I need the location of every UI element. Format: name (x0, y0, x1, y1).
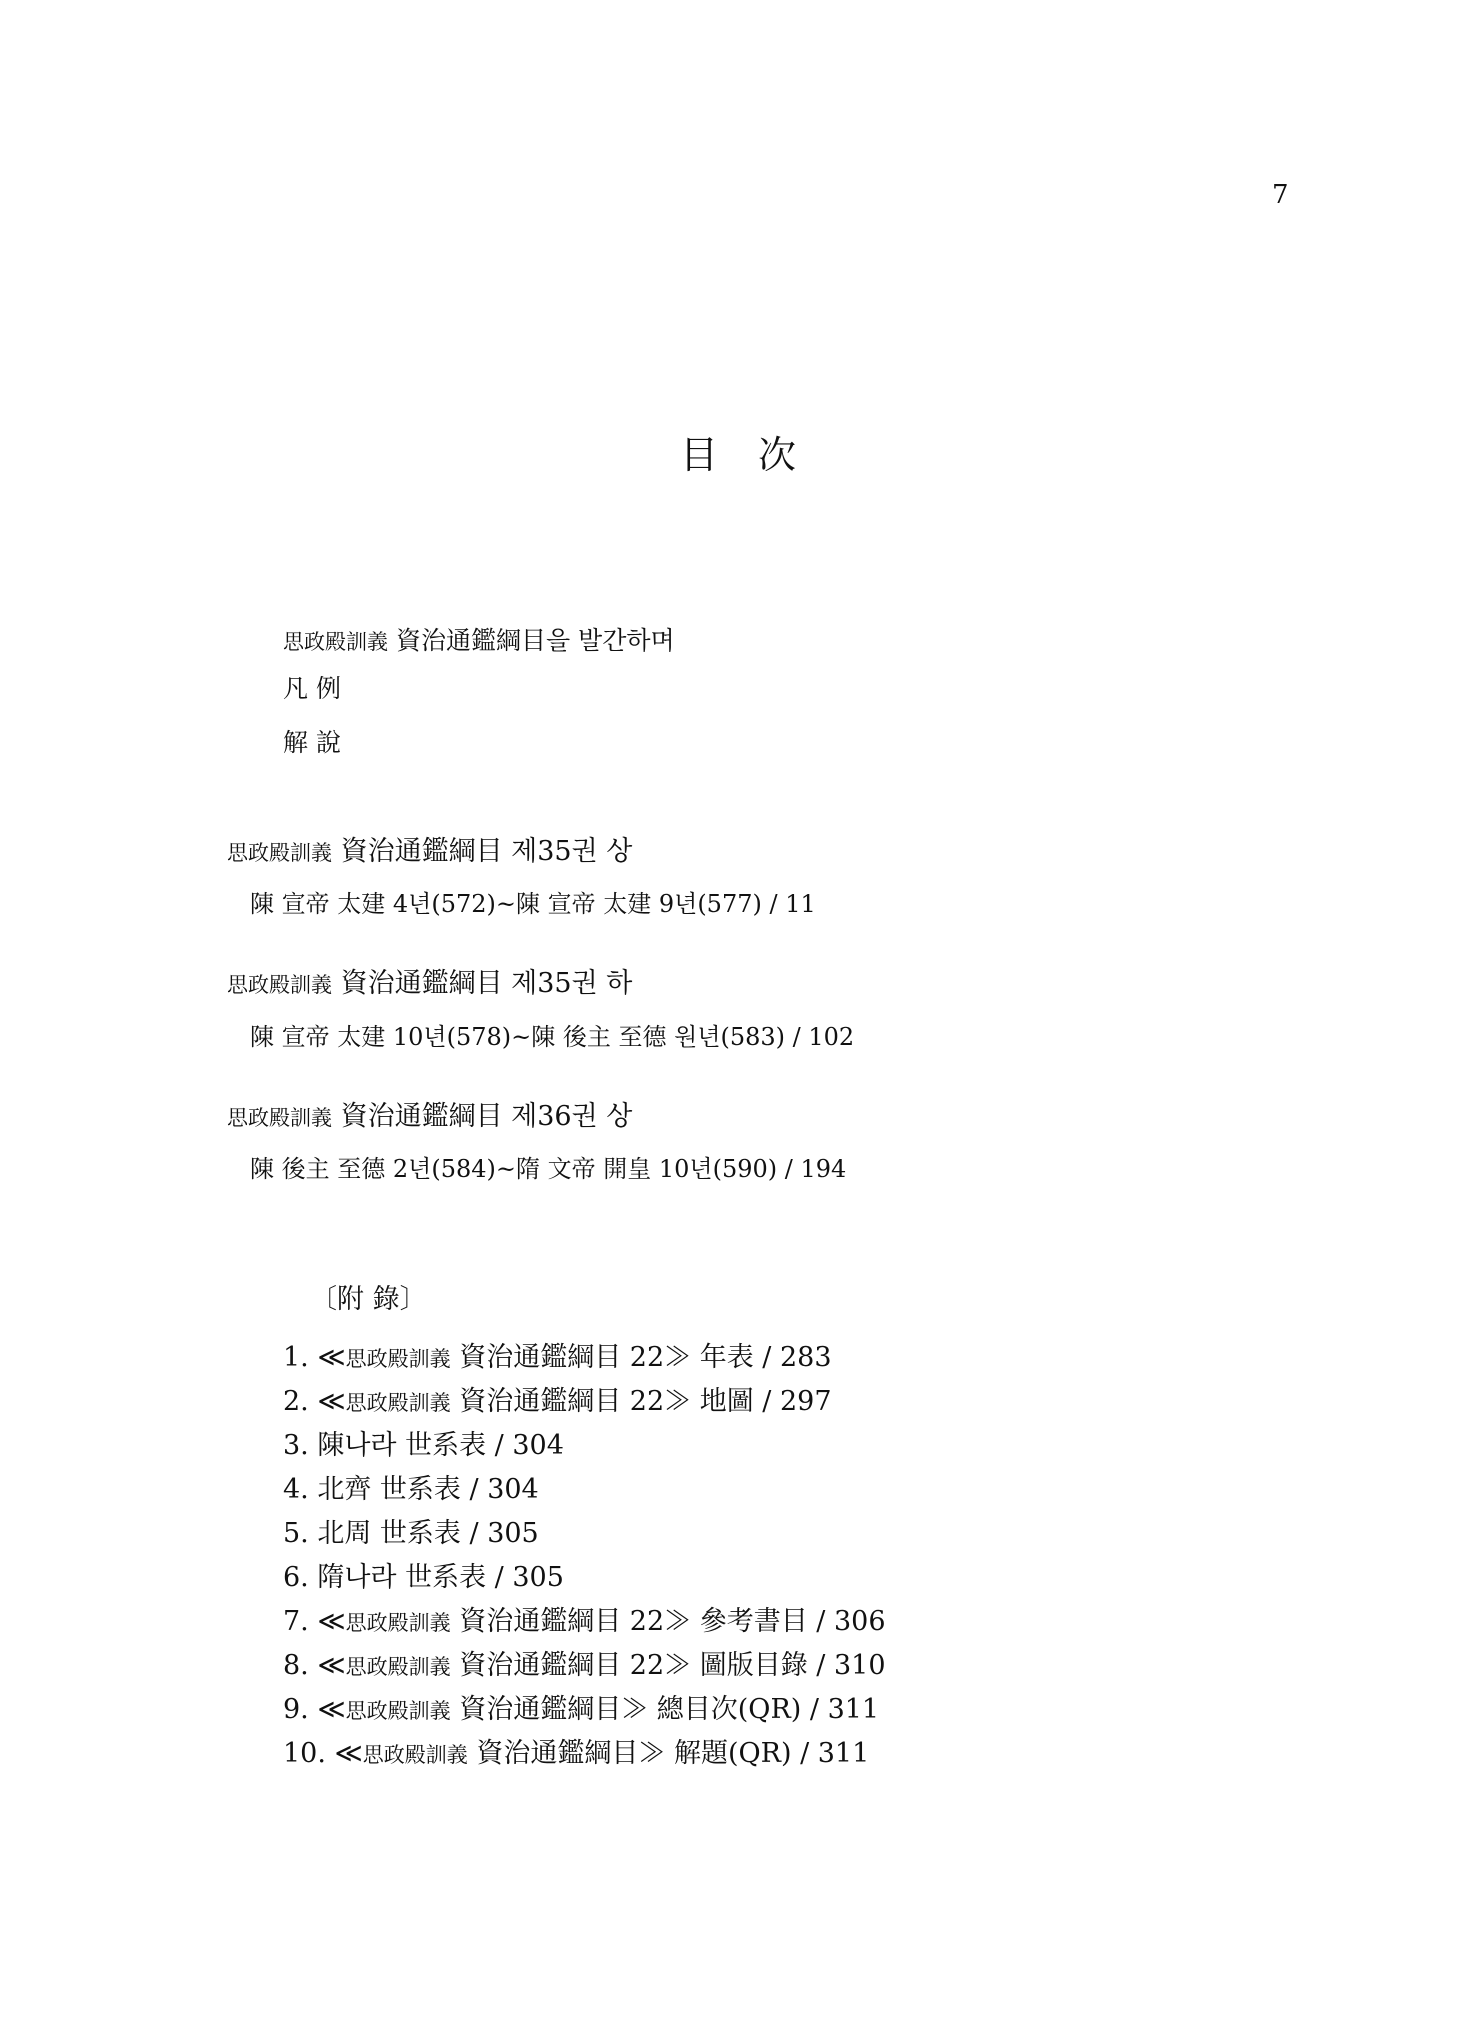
appendix-item[interactable]: 9. ≪思政殿訓義 資治通鑑綱目≫ 總目次(QR) / 311 (283, 1696, 879, 1723)
item-prefix: 思政殿訓義 (346, 1699, 451, 1723)
item-prefix: 思政殿訓義 (283, 630, 388, 654)
item-bracket: ≪ (317, 1342, 345, 1373)
volume-heading[interactable]: 思政殿訓義 資治通鑑綱目 제36권 상 (227, 1103, 632, 1130)
front-matter-item[interactable]: 凡 例 (283, 676, 341, 701)
item-prefix: 思政殿訓義 (363, 1743, 468, 1767)
appendix-item[interactable]: 5. 北周 世系表 / 305 (283, 1520, 539, 1547)
item-bracket: ≪ (317, 1386, 345, 1417)
item-number: 1. (283, 1342, 317, 1373)
item-prefix: 思政殿訓義 (346, 1611, 451, 1635)
item-text: 資治通鑑綱目 22≫ 參考書目 / 306 (451, 1606, 886, 1637)
item-number: 10. (283, 1738, 335, 1769)
item-number: 4. (283, 1474, 317, 1505)
item-text: 解 說 (283, 728, 341, 757)
item-text: 資治通鑑綱目≫ 總目次(QR) / 311 (451, 1694, 880, 1725)
page-number: 7 (1272, 182, 1289, 208)
item-text: 北齊 世系表 / 304 (317, 1474, 538, 1505)
item-text: 資治通鑑綱目 22≫ 地圖 / 297 (451, 1386, 832, 1417)
item-text: 資治通鑑綱目 22≫ 年表 / 283 (451, 1342, 832, 1373)
item-number: 5. (283, 1518, 317, 1549)
volume-prefix: 思政殿訓義 (227, 841, 332, 865)
volume-title: 資治通鑑綱目 제36권 상 (332, 1101, 632, 1132)
item-prefix: 思政殿訓義 (346, 1655, 451, 1679)
item-number: 6. (283, 1562, 317, 1593)
volume-heading[interactable]: 思政殿訓義 資治通鑑綱目 제35권 상 (227, 838, 632, 865)
appendix-item[interactable]: 8. ≪思政殿訓義 資治通鑑綱目 22≫ 圖版目錄 / 310 (283, 1652, 886, 1679)
item-bracket: ≪ (335, 1738, 363, 1769)
item-number: 7. (283, 1606, 317, 1637)
appendix-item[interactable]: 2. ≪思政殿訓義 資治通鑑綱目 22≫ 地圖 / 297 (283, 1388, 832, 1415)
item-text: 資治通鑑綱目 22≫ 圖版目錄 / 310 (451, 1650, 886, 1681)
item-text: 北周 世系表 / 305 (317, 1518, 538, 1549)
item-number: 9. (283, 1694, 317, 1725)
volume-range[interactable]: 陳 宣帝 太建 4년(572)~陳 宣帝 太建 9년(577) / 11 (250, 892, 816, 916)
page-title: 目 次 (0, 436, 1480, 474)
item-text: 陳나라 世系表 / 304 (317, 1430, 564, 1461)
volume-title: 資治通鑑綱目 제35권 상 (332, 836, 632, 867)
appendix-item[interactable]: 10. ≪思政殿訓義 資治通鑑綱目≫ 解題(QR) / 311 (283, 1740, 869, 1767)
item-text: 凡 例 (283, 674, 341, 703)
front-matter-item[interactable]: 思政殿訓義 資治通鑑綱目을 발간하며 (283, 628, 675, 653)
volume-range[interactable]: 陳 宣帝 太建 10년(578)~陳 後主 至德 원년(583) / 102 (250, 1025, 854, 1049)
appendix-item[interactable]: 1. ≪思政殿訓義 資治通鑑綱目 22≫ 年表 / 283 (283, 1344, 832, 1371)
item-text: 資治通鑑綱目≫ 解題(QR) / 311 (468, 1738, 870, 1769)
volume-heading[interactable]: 思政殿訓義 資治通鑑綱目 제35권 하 (227, 970, 632, 997)
volume-prefix: 思政殿訓義 (227, 973, 332, 997)
appendix-item[interactable]: 4. 北齊 世系表 / 304 (283, 1476, 539, 1503)
item-prefix: 思政殿訓義 (346, 1347, 451, 1371)
volume-prefix: 思政殿訓義 (227, 1106, 332, 1130)
item-prefix: 思政殿訓義 (346, 1391, 451, 1415)
item-text: 資治通鑑綱目을 발간하며 (388, 626, 675, 655)
item-number: 3. (283, 1430, 317, 1461)
item-bracket: ≪ (317, 1650, 345, 1681)
volume-range[interactable]: 陳 後主 至德 2년(584)~隋 文帝 開皇 10년(590) / 194 (250, 1157, 846, 1181)
appendix-heading: 〔附 錄〕 (310, 1286, 427, 1313)
appendix-item[interactable]: 3. 陳나라 世系表 / 304 (283, 1432, 564, 1459)
front-matter-item[interactable]: 解 說 (283, 730, 341, 755)
item-text: 隋나라 世系表 / 305 (317, 1562, 564, 1593)
appendix-item[interactable]: 6. 隋나라 世系表 / 305 (283, 1564, 564, 1591)
volume-title: 資治通鑑綱目 제35권 하 (332, 968, 632, 999)
item-bracket: ≪ (317, 1606, 345, 1637)
item-bracket: ≪ (317, 1694, 345, 1725)
item-number: 2. (283, 1386, 317, 1417)
item-number: 8. (283, 1650, 317, 1681)
appendix-item[interactable]: 7. ≪思政殿訓義 資治通鑑綱目 22≫ 參考書目 / 306 (283, 1608, 886, 1635)
